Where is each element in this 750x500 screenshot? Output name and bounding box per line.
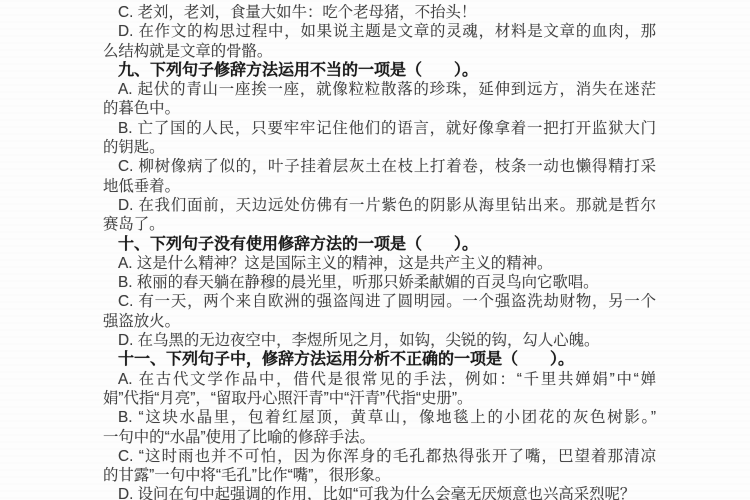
document-text-line: 赛岛了。 bbox=[103, 215, 656, 234]
document-text-line: B. “这块水晶里，包着红屋顶，黄草山，像地毯上的小团花的灰色树影。” bbox=[103, 408, 656, 427]
document-text-line: 娟”代指“月亮”，“留取丹心照汗青”中“汗青”代指“史册”。 bbox=[103, 389, 656, 408]
question-heading: 十一、下列句子中，修辞方法运用分析不正确的一项是（ ）。 bbox=[103, 350, 656, 369]
document-text-line: A. 这是什么精神？这是国际主义的精神，这是共产主义的精神。 bbox=[103, 254, 656, 273]
document-text-line: A. 起伏的青山一座挨一座，就像粒粒散落的珍珠，延伸到远方，消失在迷茫 bbox=[103, 80, 656, 99]
document-text-line: 的暮色中。 bbox=[103, 99, 656, 118]
document-text-line: 么结构就是文章的骨骼。 bbox=[103, 42, 656, 61]
document-text-line: B. 秾丽的春天躺在静穆的晨光里，听那只娇柔献媚的百灵鸟向它歌唱。 bbox=[103, 273, 656, 292]
document-text-line: D. 在作文的构思过程中，如果说主题是文章的灵魂，材料是文章的血肉，那 bbox=[103, 22, 656, 41]
document-text-line: 的甘露”一句中将“毛孔”比作“嘴”，很形象。 bbox=[103, 466, 656, 485]
question-heading: 九、下列句子修辞方法运用不当的一项是（ ）。 bbox=[103, 61, 656, 80]
text-block: C. 老刘，老刘，食量大如牛：吃个老母猪，不抬头！D. 在作文的构思过程中，如果… bbox=[103, 3, 656, 500]
document-text-line: D. 设问在句中起强调的作用，比如“可我为什么会毫无厌烦意也兴高采烈呢？ bbox=[103, 485, 656, 500]
document-text-line: 的钥匙。 bbox=[103, 138, 656, 157]
document-text-line: C. 柳树像病了似的，叶子挂着层灰土在枝上打着卷，枝条一动也懒得精打采 bbox=[103, 157, 656, 176]
document-text-line: C. 老刘，老刘，食量大如牛：吃个老母猪，不抬头！ bbox=[103, 3, 656, 22]
document-text-line: 地低垂着。 bbox=[103, 177, 656, 196]
document-text-line: A. 在古代文学作品中，借代是很常见的手法，例如：“千里共婵娟”中“婵 bbox=[103, 370, 656, 389]
document-text-line: C. 有一天，两个来自欧洲的强盗闯进了圆明园。一个强盗洗劫财物，另一个 bbox=[103, 292, 656, 311]
document-text-line: C. “这时雨也并不可怕，因为你浑身的毛孔都热得张开了嘴，巴望着那清凉 bbox=[103, 447, 656, 466]
scanned-document-page: C. 老刘，老刘，食量大如牛：吃个老母猪，不抬头！D. 在作文的构思过程中，如果… bbox=[0, 0, 750, 500]
document-text-line: 强盗放火。 bbox=[103, 312, 656, 331]
question-heading: 十、下列句子没有使用修辞方法的一项是（ ）。 bbox=[103, 235, 656, 254]
document-text-line: B. 亡了国的人民，只要牢牢记住他们的语言，就好像拿着一把打开监狱大门 bbox=[103, 119, 656, 138]
document-text-line: D. 在我们面前，天边远处仿佛有一片紫色的阴影从海里钻出来。那就是哲尔 bbox=[103, 196, 656, 215]
document-text-line: D. 在乌黑的无边夜空中，李煜所见之月，如钩，尖锐的钩，勾人心魄。 bbox=[103, 331, 656, 350]
document-text-line: 一句中的“水晶”使用了比喻的修辞手法。 bbox=[103, 428, 656, 447]
